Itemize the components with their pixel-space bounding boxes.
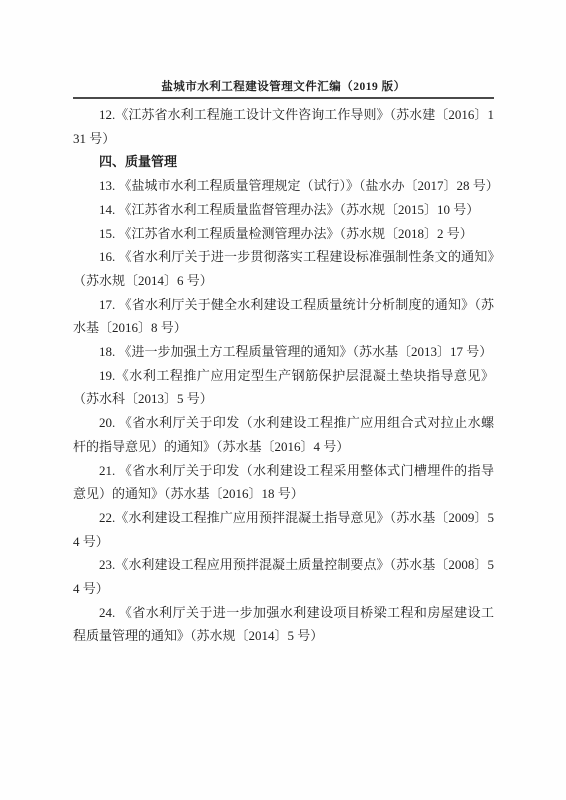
header-rule bbox=[73, 97, 494, 99]
list-item-22: 22.《水利建设工程推广应用预拌混凝土指导意见》（苏水基〔2009〕54 号） bbox=[73, 506, 494, 553]
list-item-24: 24. 《省水利厅关于进一步加强水利建设项目桥梁工程和房屋建设工程质量管理的通知… bbox=[73, 601, 494, 648]
list-item-21: 21. 《省水利厅关于印发（水利建设工程采用整体式门槽埋件的指导意见）的通知》（… bbox=[73, 459, 494, 506]
list-item-19: 19.《水利工程推广应用定型生产钢筋保护层混凝土垫块指导意见》（苏水科〔2013… bbox=[73, 364, 494, 411]
list-item-12: 12.《江苏省水利工程施工设计文件咨询工作导则》（苏水建〔2016〕131 号） bbox=[73, 103, 494, 150]
list-item-15: 15. 《江苏省水利工程质量检测管理办法》（苏水规〔2018〕2 号） bbox=[73, 222, 494, 246]
page-header-title: 盐城市水利工程建设管理文件汇编（2019 版） bbox=[73, 78, 494, 94]
list-item-16: 16. 《省水利厅关于进一步贯彻落实工程建设标准强制性条文的通知》（苏水规〔20… bbox=[73, 245, 494, 292]
list-item-18: 18. 《进一步加强土方工程质量管理的通知》（苏水基〔2013〕17 号） bbox=[73, 340, 494, 364]
document-page: 盐城市水利工程建设管理文件汇编（2019 版） 12.《江苏省水利工程施工设计文… bbox=[0, 0, 566, 800]
list-item-23: 23.《水利建设工程应用预拌混凝土质量控制要点》（苏水基〔2008〕54 号） bbox=[73, 553, 494, 600]
document-body: 12.《江苏省水利工程施工设计文件咨询工作导则》（苏水建〔2016〕131 号）… bbox=[73, 103, 494, 648]
section-heading-quality-management: 四、质量管理 bbox=[73, 150, 494, 174]
list-item-20: 20. 《省水利厅关于印发（水利建设工程推广应用组合式对拉止水螺杆的指导意见）的… bbox=[73, 411, 494, 458]
list-item-14: 14. 《江苏省水利工程质量监督管理办法》（苏水规〔2015〕10 号） bbox=[73, 198, 494, 222]
list-item-17: 17. 《省水利厅关于健全水利建设工程质量统计分析制度的通知》（苏水基〔2016… bbox=[73, 293, 494, 340]
list-item-13: 13. 《盐城市水利工程质量管理规定（试行）》（盐水办〔2017〕28 号） bbox=[73, 174, 494, 198]
